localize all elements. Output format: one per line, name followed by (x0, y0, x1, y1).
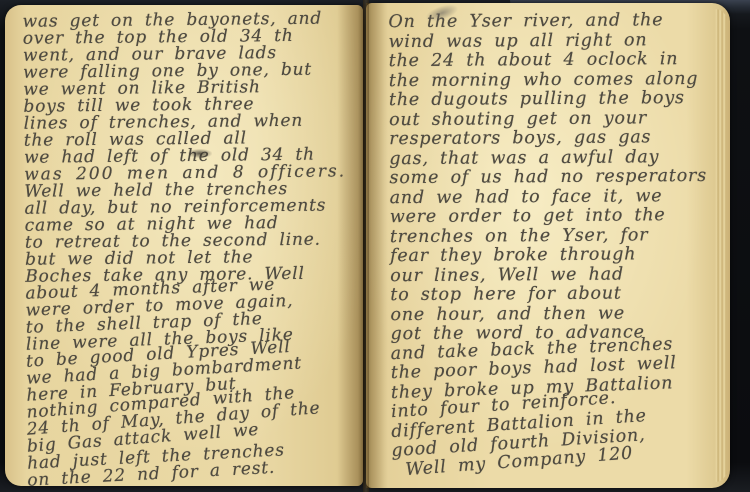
diary-right-page: On the Yser river, and the wind was up a… (366, 3, 730, 488)
right-page-handwriting: On the Yser river, and the wind was up a… (388, 11, 721, 481)
handwritten-line: some of us had no resperators (389, 167, 719, 189)
ink-blot (188, 149, 212, 158)
handwritten-line: fear they broke through (390, 245, 720, 267)
handwritten-line: trenches on the Yser, for (390, 225, 720, 247)
book-gutter-crease (363, 0, 369, 492)
handwritten-line: resperators boys, gas gas (389, 128, 719, 150)
diary-book-photo: was get on the bayonets, and over the to… (0, 0, 750, 492)
handwritten-line: were order to get into the (390, 206, 720, 228)
handwritten-line: out shouting get on your (389, 108, 719, 130)
handwritten-line: the dugouts pulling the boys (389, 89, 719, 111)
handwritten-line: and we had to face it, we (390, 186, 720, 208)
diary-left-page: was get on the bayonets, and over the to… (5, 5, 363, 486)
handwritten-line: to stop here for about (390, 284, 720, 306)
handwritten-line: our lines, Well we had (390, 264, 720, 286)
handwritten-line: one hour, and then we (390, 303, 720, 325)
left-page-handwriting: was get on the bayonets, and over the to… (23, 10, 358, 489)
